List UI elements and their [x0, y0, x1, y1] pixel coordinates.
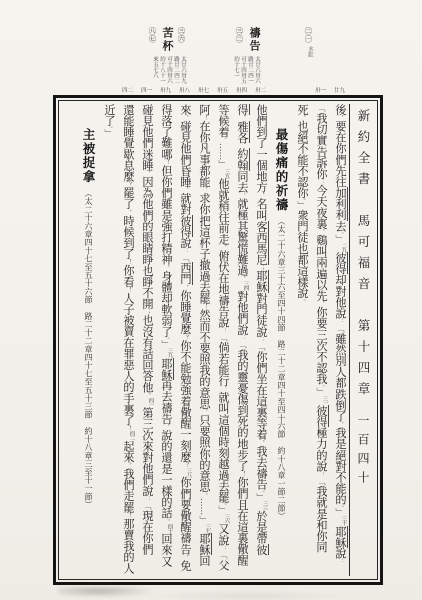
text-column: 卅一「我切實告訴你：今天夜裏，鷄叫兩遍以先，你要三次不認我。」三一彼得極力的說：…: [311, 104, 330, 576]
verse-mark-above: 卅八: [175, 88, 194, 94]
proper-noun: 彼得: [179, 215, 193, 237]
punctuation: ：: [337, 559, 343, 565]
section-heading-column: 最傷痛的祈禱（太二十六章三十六至四十四節 路二十二章四十至四十六節 約十八章一節…: [270, 104, 292, 576]
quote-mark: 」: [316, 387, 326, 396]
text-run: 因為他們的眼睛睜也睜不開: [141, 176, 153, 309]
text-run: 對他們說: [236, 291, 248, 335]
verse-mark-above: 四二: [118, 88, 137, 94]
text-run: 雅各: [236, 121, 248, 143]
verse-mark-above: 四一: [137, 88, 156, 94]
verse-marker: 三九: [167, 348, 173, 357]
text-run: 我們走罷: [122, 468, 134, 512]
quote-mark: 「: [335, 324, 345, 333]
text-run: 然而不要照我的意思: [198, 309, 210, 409]
text-run: 耶穌: [334, 526, 346, 548]
circled-numbers: ㊂㊅: [176, 27, 186, 53]
text-run: 你不能勉強着儆醒一刻麼: [179, 340, 191, 462]
ref-item: 水缸: [306, 46, 313, 57]
text-run: 你要三次不認我: [315, 307, 327, 385]
proper-noun: 耶穌: [198, 533, 212, 555]
text-run: 對門徒說: [255, 293, 267, 337]
text-run: 他們到了一個地方: [255, 104, 267, 193]
text-run: 我就是和你同: [315, 486, 327, 553]
heading-refs: （太二十六章四十七至五十六節 路二十二章四十七至五十三節 約十八章三至十一節）: [84, 189, 93, 509]
text-run: 又說: [217, 523, 229, 545]
ref-cluster: ㊁㊀水缸: [297, 27, 313, 57]
text-run: 衆門徒也都這樣說: [296, 210, 308, 299]
text-run: 就極其驚慌難過: [236, 198, 248, 276]
text-column: 卅五等候着。……」三五他就稍往前走，俯伏在地禱告說：「倘若能行，就叫這個時刻越過…: [213, 104, 232, 576]
text-column: 卅七阿！在你凡事都能，求你把這杯子撤過去罷！然而不要照我的意思，只要照你的意思。…: [194, 104, 213, 576]
ref-cluster-top: ㊂㊅苦杯㊇㊆: [144, 27, 186, 53]
text-run: 現在你們: [141, 510, 153, 554]
ref-cluster-refs: 水缸: [306, 46, 313, 57]
text-run: 於是帶: [255, 510, 267, 543]
verse-marker: 四十: [167, 524, 173, 533]
text-column: 卅二他們到了一個地方，名叫客西馬尼；耶穌對門徒說：「你們坐在這裏等着，我去禱告。…: [251, 104, 270, 576]
proper-noun: 耶穌: [255, 270, 269, 292]
text-run: 再去禱告: [160, 380, 172, 424]
text-run: 求你把這杯子撤過去罷: [198, 193, 210, 304]
quote-mark: 」: [297, 201, 307, 210]
title-strip: 新約全書 馬可福音 第十四章 一百四十: [349, 104, 375, 576]
verse-marker: 三四: [243, 281, 249, 290]
ref-cluster: 禱告㊂㊁太廿六卅六路廿二四一可十四卅五約十七一: [226, 27, 260, 84]
ref-cluster-refs: 太廿六卅九路廿二四二可十四卅六約十八十一來五七八: [151, 56, 186, 84]
proper-noun: 彼得: [334, 252, 348, 274]
text-run: 回來又: [160, 533, 172, 566]
quote-mark: 」: [104, 129, 114, 138]
main-frame: 新約全書 馬可福音 第十四章 一百四十 廿九後，要在你們先往加利利去。」二九彼得…: [58, 100, 378, 580]
book-title: 新約全書 馬可福音 第十四章: [356, 109, 370, 403]
text-run: 同去: [236, 171, 248, 193]
text-run: 等候着: [217, 104, 229, 137]
text-run: 後: [334, 104, 346, 115]
ref-cluster: ㊂㊅苦杯㊇㊆太廿六卅九路廿二四二可十四卅六約十八十一來五七八: [124, 27, 186, 84]
text-run: 就對: [179, 193, 191, 215]
text-run: 起來: [122, 440, 134, 462]
ref-cluster-top: 禱告㊂㊁: [231, 27, 260, 53]
text-run: 俯伏在地禱告說: [217, 250, 229, 328]
text-run: 耶穌: [160, 358, 172, 380]
text-run: 得: [236, 104, 248, 115]
quote-mark: 「: [316, 477, 326, 486]
text-run: 那賣我的人: [122, 518, 134, 574]
ref-item: 太廿六卅九: [179, 56, 186, 84]
quote-mark: 「: [142, 502, 152, 511]
verse-marker: 三一: [322, 396, 328, 405]
text-run: 你們且在這裏儆醒: [236, 477, 248, 566]
text-run: 還能睡覺歇息麼: [122, 104, 134, 182]
text-run: 加利利: [334, 187, 346, 220]
text-body: 新約全書 馬可福音 第十四章 一百四十 廿九後，要在你們先往加利利去。」二九彼得…: [61, 104, 375, 576]
ref-item: 約十七一: [232, 56, 239, 84]
verse-mark-above: 廿九: [330, 88, 349, 94]
quote-mark: 」: [256, 493, 266, 502]
text-column: 廿九後，要在你們先往加利利去。」二九彼得却對他說：「雖然別人都跌倒了，我是絕對不…: [330, 104, 349, 576]
verse-marker: 四一: [148, 398, 154, 407]
text-run: 父: [217, 560, 229, 571]
text-run: 你們坐在這裏等着: [255, 351, 267, 440]
heading-word: 最傷痛的祈禱: [274, 128, 288, 212]
ref-cluster-top: ㊁㊀: [300, 27, 313, 43]
text-run: 第三次來對他們說: [141, 407, 153, 496]
circled-numbers: ㊁㊀: [303, 27, 313, 43]
ref-item: 路廿二四一: [246, 56, 253, 84]
verse-mark-above: 卅四: [232, 88, 251, 94]
text-run: 你們要儆醒禱告: [179, 477, 191, 555]
proper-noun: 約翰: [236, 148, 250, 170]
text-run: 死: [296, 104, 308, 115]
text-run: 說的還是一樣的話: [160, 430, 172, 519]
text-run: 彼得: [334, 252, 346, 274]
text-run: 耶穌: [255, 270, 267, 292]
heading-word: 主被捉拿: [81, 128, 95, 184]
quote-mark: 」: [335, 508, 345, 517]
verse-mark-above: 卅九: [156, 88, 175, 94]
verse-marker: 三三: [262, 501, 268, 510]
text-column: 近了。」: [99, 104, 118, 576]
quote-mark: 」: [218, 160, 228, 169]
text-run: 客西馬尼: [255, 221, 267, 265]
text-column: 四二還能睡覺歇息麼？罷了，時候到了！你看！人子被賣在罪惡人的手裏了！四二起來，我…: [118, 104, 137, 576]
verse-marker: 三十: [341, 516, 347, 525]
scan-shadow: [150, 592, 350, 600]
text-column: 卅九得落了難哪！但你們雖是強打精神，身體却軟弱了。」三九耶穌再去禱告，說的還是一…: [156, 104, 175, 576]
text-run: 雖然別人都跌倒了: [334, 333, 346, 422]
text-run: 人子被賣在罪惡人的手裏了: [122, 293, 134, 426]
text-run: 極力的說: [315, 427, 327, 471]
verse-marker: 四二: [129, 431, 135, 440]
text-run: 說: [179, 237, 191, 248]
verse-marker: 三七: [205, 524, 211, 533]
text-run: 約翰: [236, 148, 248, 170]
section-heading-column: 主被捉拿（太二十六章四十七至五十六節 路二十二章四十七至五十三節 約十八章三至十…: [77, 104, 99, 576]
text-column: 四一碰見他們迷睡，因為他們的眼睛睜也睜不開；也沒有話回答他。四一第三次來對他們說…: [137, 104, 156, 576]
text-run: 名叫: [255, 198, 267, 220]
ref-cluster-word: 苦杯: [160, 27, 173, 53]
ref-item: 來五七八: [151, 56, 158, 84]
proper-noun: 耶穌: [160, 358, 174, 380]
heading-refs: （太二十六章三十六至四十四節 路二十二章四十至四十六節 約十八章一節二節）: [277, 217, 286, 520]
text-column: 卅四得、雅各、約翰同去，就極其驚慌難過，三四對他們說：「我的靈憂傷到死的地步了！…: [232, 104, 251, 576]
proper-noun: 加利利: [334, 187, 348, 220]
scan-smudge: [58, 585, 158, 597]
text-run: 他就稍往前走: [217, 178, 229, 245]
verse-mark-above: 卅七: [194, 88, 213, 94]
quote-mark: 「: [218, 551, 228, 560]
punctuation: ？: [182, 462, 188, 468]
text-run: 說: [334, 548, 346, 559]
text-column: 死，也絕不能不認你。」衆門徒也都這樣說。: [292, 104, 311, 576]
text-run: 今天夜裏: [315, 185, 327, 229]
quote-mark: 」: [335, 234, 345, 243]
text-run: 回: [198, 555, 210, 566]
verse-mark-above: 卅五: [213, 88, 232, 94]
text-run: 我的靈憂傷到死的地步了: [236, 349, 248, 471]
proper-noun: 彼得: [315, 405, 329, 427]
verse-mark-above: 卅二: [251, 88, 270, 94]
scan-page: { "page": { "title": "新約全書 馬可福音 第十四章", "…: [0, 0, 422, 600]
text-run: 你看: [122, 265, 134, 287]
ref-cluster-word: 禱告: [247, 27, 260, 53]
text-run: 我是絕對不能的: [334, 427, 346, 505]
verse-mark-above: 卅一: [311, 88, 330, 94]
circled-numbers: ㊇㊆: [147, 27, 157, 53]
text-run: 却對他說: [334, 274, 346, 318]
text-run: 來: [179, 104, 191, 115]
ref-item: 可十四卅六: [165, 56, 172, 84]
ref-cluster-refs: 太廿六卅六路廿二四一可十四卅五約十七一: [232, 56, 260, 84]
text-run: 免: [179, 560, 191, 571]
ref-item: 約十八十一: [158, 56, 165, 84]
text-run: 近了: [103, 104, 115, 126]
text-run: 要在你們先往: [334, 121, 346, 188]
text-run: 碰見他們昏睡: [179, 121, 191, 188]
verse-marker: 三八: [186, 468, 192, 477]
text-run: 彼: [255, 544, 267, 555]
text-run: 彼得: [179, 215, 191, 237]
quote-mark: 」: [199, 515, 209, 524]
quote-mark: …: [199, 506, 209, 515]
text-run: 罷了: [122, 187, 134, 209]
quote-mark: …: [218, 151, 228, 160]
text-run: 也絕不能不認你: [296, 121, 308, 199]
quote-mark: 」: [218, 505, 228, 514]
text-run: 彼得: [315, 405, 327, 427]
text-run: 也沒有話回答他: [141, 315, 153, 393]
verse-marker: 二九: [341, 243, 347, 252]
text-run: 就叫這個時刻越過去罷: [217, 392, 229, 503]
text-run: 碰見他們迷睡: [141, 104, 153, 171]
proper-noun: 雅各: [236, 121, 250, 143]
text-run: 你睡覺麼: [179, 290, 191, 334]
text-run: 得落了難哪: [160, 104, 172, 160]
punctuation: 。: [299, 298, 305, 304]
text-run: 在你凡事都能: [198, 121, 210, 188]
text-run: 身體却軟弱了: [160, 270, 172, 337]
text-run: 阿: [198, 104, 210, 115]
circled-numbers: ㊂㊁: [234, 27, 244, 53]
proper-noun: 耶穌: [334, 526, 348, 548]
text-column: 卅八來，碰見他們昏睡，就對彼得說：「西門，你睡覺麼？你不能勉強着儆醒一刻麼？三八…: [175, 104, 194, 576]
proper-noun: 客西馬尼: [255, 221, 269, 265]
verse-marker: 三五: [224, 169, 230, 178]
verse-marker: 三六: [224, 514, 230, 523]
text-run: 倘若能行: [217, 342, 229, 386]
quote-mark: 「: [256, 343, 266, 352]
proper-noun: 得: [236, 104, 250, 115]
text-run: 時候到了: [122, 215, 134, 259]
quote-mark: 「: [218, 333, 228, 342]
text-run: 耶穌: [198, 533, 210, 555]
ref-item: 路廿二四二: [172, 56, 179, 84]
proper-noun: 西門: [179, 262, 193, 284]
text-run: 只要照你的意思: [198, 415, 210, 493]
ref-item: 太廿六卅六: [253, 56, 260, 84]
page-number: 一百四十: [356, 414, 370, 490]
text-run: 但你們雖是強打精神: [160, 165, 172, 265]
text-run: 我切實告訴你: [315, 113, 327, 180]
quote-mark: 「: [237, 341, 247, 350]
proper-noun: 彼: [255, 544, 269, 555]
text-run: 鷄叫兩遍以先: [315, 235, 327, 302]
text-run: 西門: [179, 262, 191, 284]
quote-mark: 「: [316, 104, 326, 113]
text-run: 去: [334, 221, 346, 232]
text-run: 我去禱告: [255, 445, 267, 489]
ref-item: 可十四卅五: [239, 56, 246, 84]
